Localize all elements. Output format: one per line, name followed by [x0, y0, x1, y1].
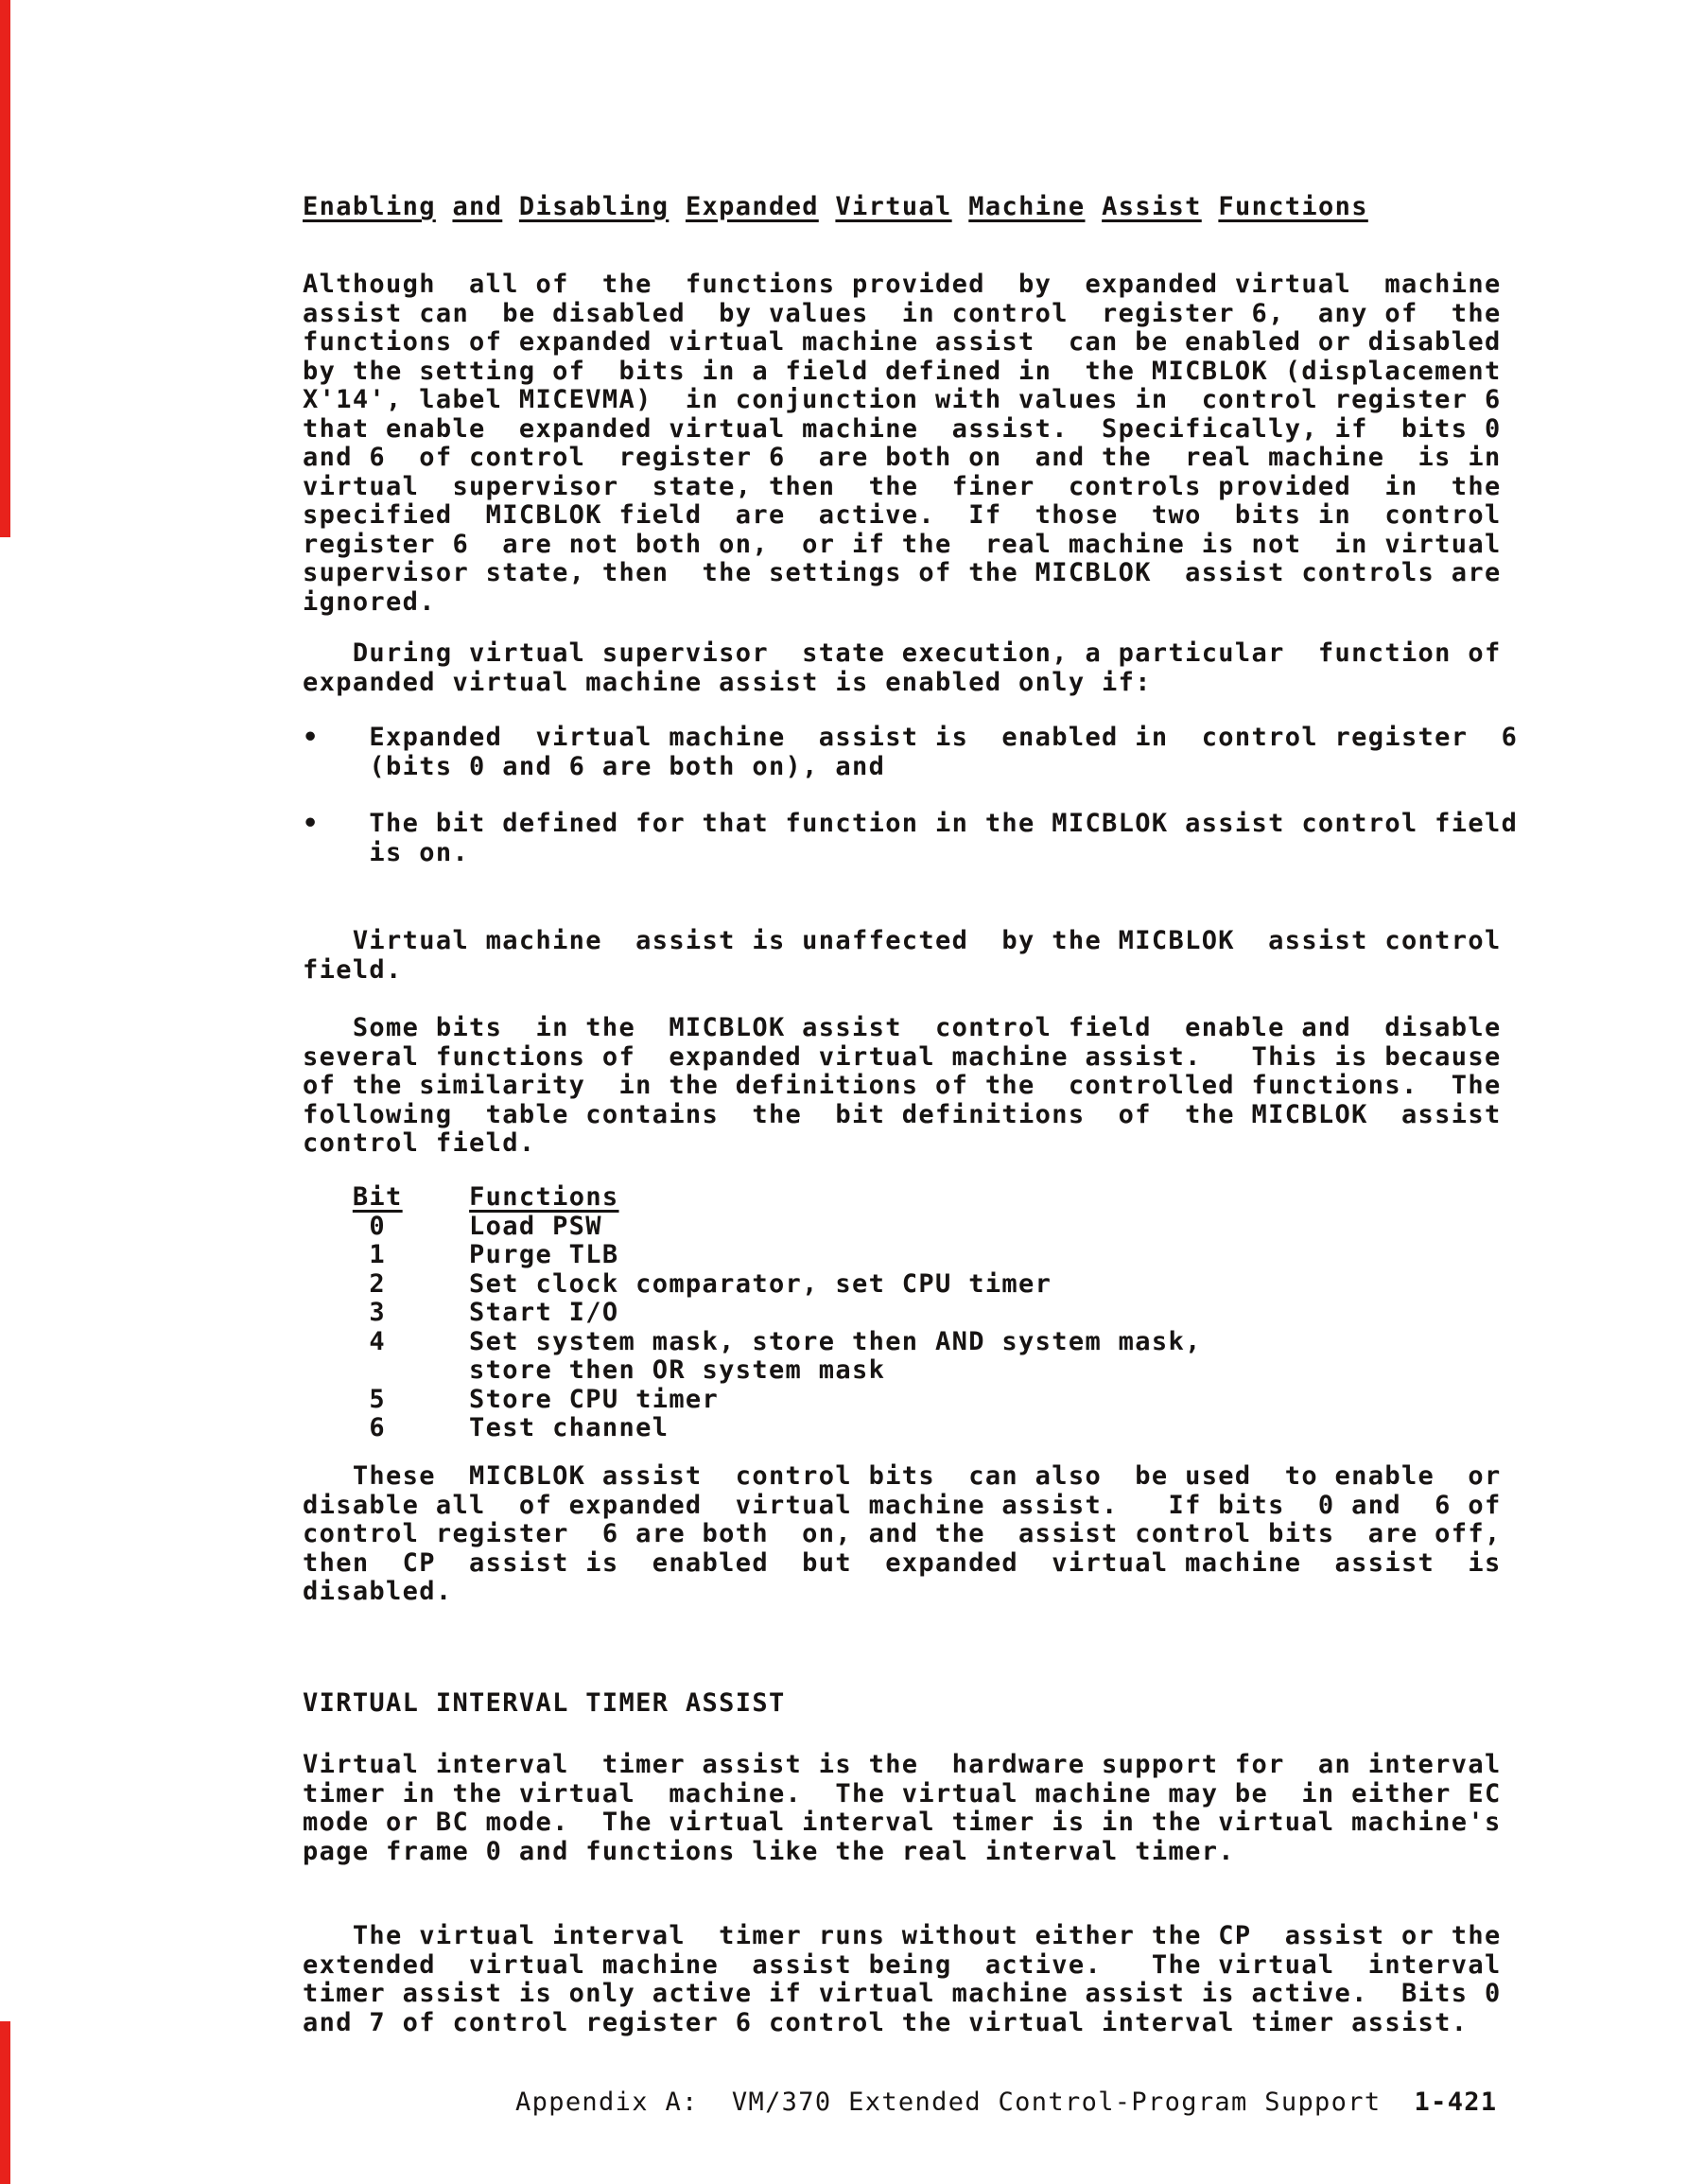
paragraph-these-bits: These MICBLOK assist control bits can al…	[303, 1462, 1502, 1607]
footer: Appendix A: VM/370 Extended Control-Prog…	[515, 2088, 1498, 2118]
manual-page: Enabling and Disabling Expanded Virtual …	[0, 0, 1687, 2184]
bullet-item-evma-enabled: • Expanded virtual machine assist is ena…	[303, 724, 1518, 781]
bullet-item-micblok-bit: • The bit defined for that function in t…	[303, 810, 1518, 867]
page-number: 1-421	[1414, 2088, 1497, 2117]
red-edge-mark-top	[0, 0, 10, 537]
paragraph-interval-detail: The virtual interval timer runs without …	[303, 1922, 1502, 2037]
red-edge-mark-bottom	[0, 2021, 10, 2184]
footer-label: Appendix A: VM/370 Extended Control-Prog…	[515, 2088, 1381, 2117]
paragraph-during-execution: During virtual supervisor state executio…	[303, 639, 1502, 697]
paragraph-vma-unaffected: Virtual machine assist is unaffected by …	[303, 927, 1502, 985]
section-heading-interval-timer: VIRTUAL INTERVAL TIMER ASSIST	[303, 1689, 786, 1719]
paragraph-evma-enabling: Although all of the functions provided b…	[303, 271, 1502, 617]
paragraph-interval-intro: Virtual interval timer assist is the har…	[303, 1751, 1502, 1866]
paragraph-some-bits: Some bits in the MICBLOK assist control …	[303, 1014, 1502, 1159]
document-title: Enabling and Disabling Expanded Virtual …	[303, 193, 1368, 222]
bit-functions-table: Bit Functions 0 Load PSW 1 Purge TLB 2 S…	[303, 1183, 1202, 1443]
